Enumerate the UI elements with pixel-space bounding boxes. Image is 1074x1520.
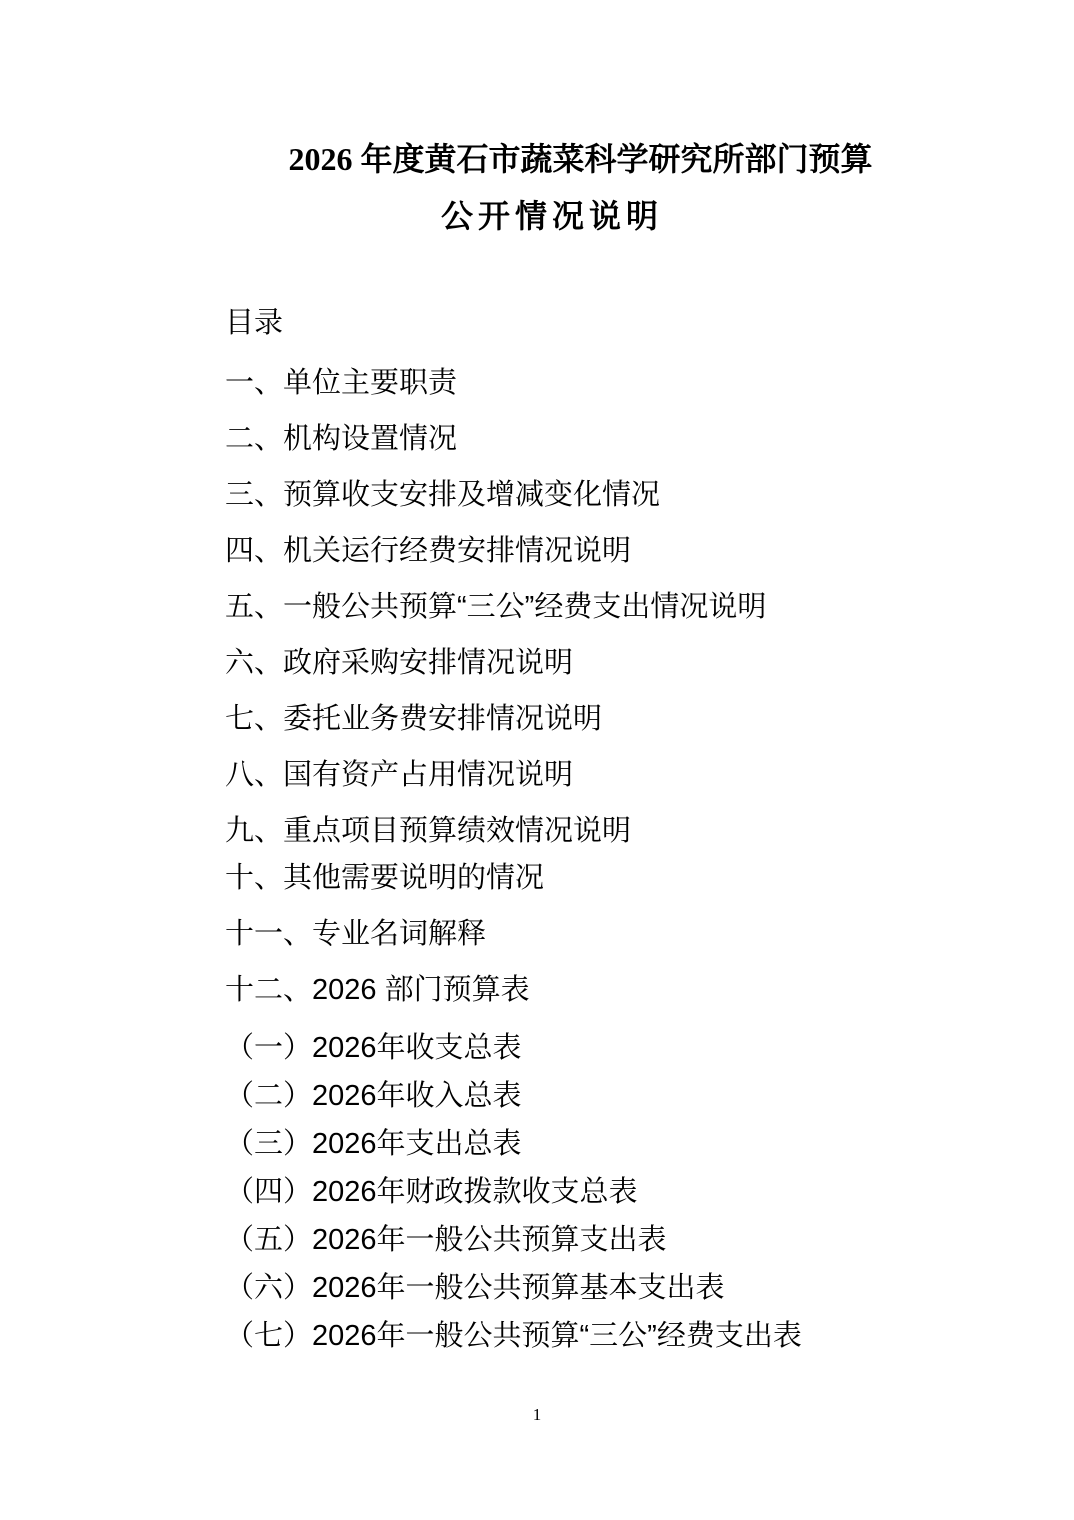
toc-item-5: 五、一般公共预算“三公”经费支出情况说明 <box>225 592 885 622</box>
toc-item-2: 二、机构设置情况 <box>225 424 885 454</box>
budget-table-item-2: （二）2026年收入总表 <box>225 1081 885 1111</box>
document-page: 2026 年度黄石市蔬菜科学研究所部门预算 公开情况说明 目录 一、单位主要职责… <box>0 0 1074 1520</box>
toc-item-6: 六、政府采购安排情况说明 <box>225 648 885 678</box>
toc-item-7: 七、委托业务费安排情况说明 <box>225 704 885 734</box>
toc-item-10: 十、其他需要说明的情况 <box>225 863 885 893</box>
toc-item-4: 四、机关运行经费安排情况说明 <box>225 536 885 566</box>
toc-item-9: 九、重点项目预算绩效情况说明 <box>225 816 885 846</box>
page-footer: 1 <box>0 1405 1074 1425</box>
toc-item-1: 一、单位主要职责 <box>225 368 885 398</box>
toc-item-11: 十一、专业名词解释 <box>225 919 885 949</box>
budget-table-item-1: （一）2026年收支总表 <box>225 1033 885 1063</box>
toc-item-3: 三、预算收支安排及增减变化情况 <box>225 480 885 510</box>
toc-item-12: 十二、2026 部门预算表 <box>225 975 885 1005</box>
document-title: 2026 年度黄石市蔬菜科学研究所部门预算 公开情况说明 <box>225 131 874 245</box>
document-title-line1: 2026 年度黄石市蔬菜科学研究所部门预算 <box>287 131 874 188</box>
budget-table-item-6: （六）2026年一般公共预算基本支出表 <box>225 1273 885 1303</box>
budget-table-item-3: （三）2026年支出总表 <box>225 1129 885 1159</box>
budget-table-item-5: （五）2026年一般公共预算支出表 <box>225 1225 885 1255</box>
page-number: 1 <box>533 1405 542 1424</box>
toc-item-8: 八、国有资产占用情况说明 <box>225 760 885 790</box>
budget-table-item-7: （七）2026年一般公共预算“三公”经费支出表 <box>225 1321 885 1351</box>
table-of-contents: 目录 一、单位主要职责 二、机构设置情况 三、预算收支安排及增减变化情况 四、机… <box>225 308 885 1351</box>
toc-heading: 目录 <box>225 308 885 338</box>
document-title-line2: 公开情况说明 <box>225 188 874 245</box>
budget-table-item-4: （四）2026年财政拨款收支总表 <box>225 1177 885 1207</box>
